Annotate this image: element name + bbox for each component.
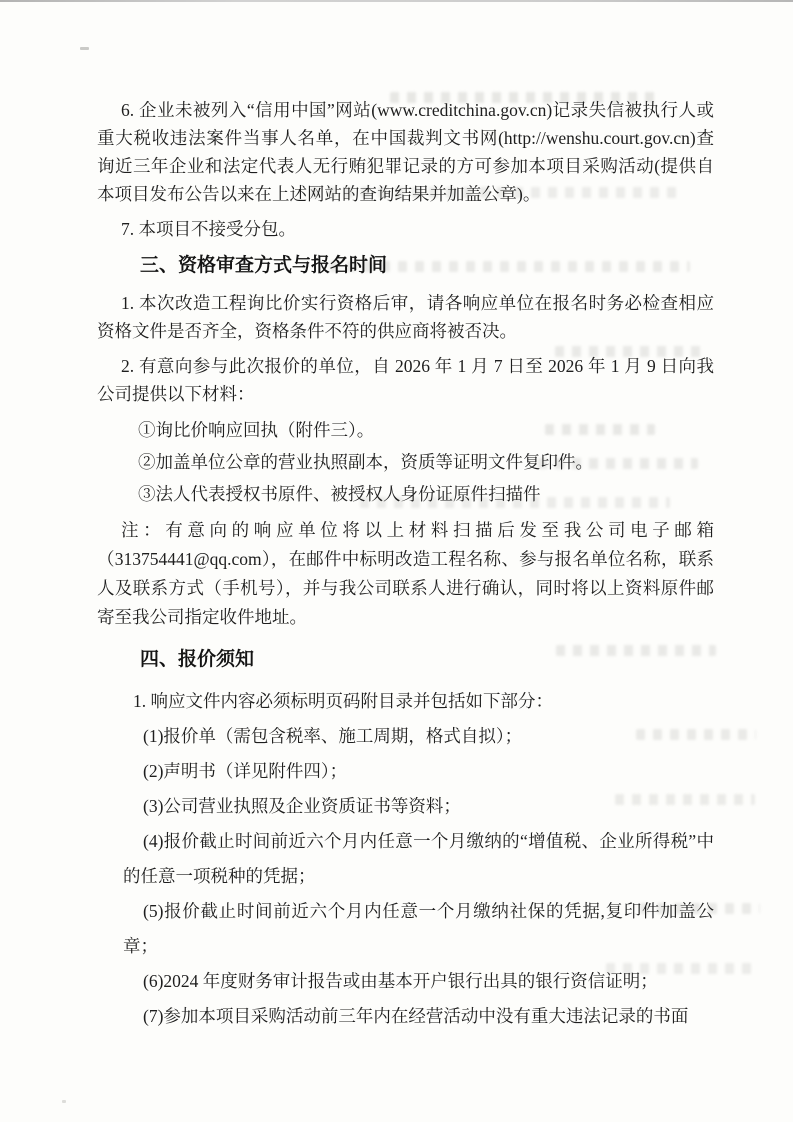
response-file-item-3: (3)公司营业执照及企业资质证书等资料； xyxy=(123,789,714,824)
section-3-note-paragraph: 注：有意向的响应单位将以上材料扫描后发至我公司电子邮箱（313754441@qq… xyxy=(97,516,714,632)
section-4-heading: 四、报价须知 xyxy=(140,646,714,674)
response-file-item-6: (6)2024 年度财务审计报告或由基本开户银行出具的银行资信证明； xyxy=(123,964,714,999)
no-subcontract-clause-7-paragraph: 7. 本项目不接受分包。 xyxy=(97,215,714,243)
section-3-heading: 三、资格审查方式与报名时间 xyxy=(140,252,714,280)
response-file-item-7: (7)参加本项目采购活动前三年内在经营活动中没有重大违法记录的书面 xyxy=(123,999,714,1034)
response-file-item-5: (5)报价截止时间前近六个月内任意一个月缴纳社保的凭据,复印件加盖公章； xyxy=(123,894,714,964)
response-file-item-4: (4)报价截止时间前近六个月内任意一个月缴纳的“增值税、企业所得税”中的任意一项… xyxy=(123,824,714,894)
document-body: 6. 企业未被列入“信用中国”网站(www.creditchina.gov.cn… xyxy=(97,96,714,1034)
scan-speck xyxy=(62,1100,66,1103)
scanned-document-page: 6. 企业未被列入“信用中国”网站(www.creditchina.gov.cn… xyxy=(0,0,793,1122)
section-3-signup-period-paragraph: 2. 有意向参与此次报价的单位，自 2026 年 1 月 7 日至 2026 年… xyxy=(97,352,714,408)
eligibility-clause-6-paragraph: 6. 企业未被列入“信用中国”网站(www.creditchina.gov.cn… xyxy=(97,96,714,208)
response-file-item-1: (1)报价单（需包含税率、施工周期，格式自拟）； xyxy=(123,719,714,754)
section-4-response-file-paragraph: 1. 响应文件内容必须标明页码附目录并包括如下部分： xyxy=(97,685,714,717)
scan-speck xyxy=(80,47,89,50)
signup-material-item-1: ①询比价响应回执（附件三）。 xyxy=(138,415,714,445)
signup-material-item-2: ②加盖单位公章的营业执照副本，资质等证明文件复印件。 xyxy=(138,447,714,477)
response-file-item-2: (2)声明书（详见附件四）； xyxy=(123,754,714,789)
section-3-qualification-review-paragraph: 1. 本次改造工程询比价实行资格后审，请各响应单位在报名时务必检查相应资格文件是… xyxy=(97,289,714,345)
scan-top-edge-artifact xyxy=(0,0,793,2)
signup-material-item-3: ③法人代表授权书原件、被授权人身份证原件扫描件 xyxy=(138,479,714,509)
